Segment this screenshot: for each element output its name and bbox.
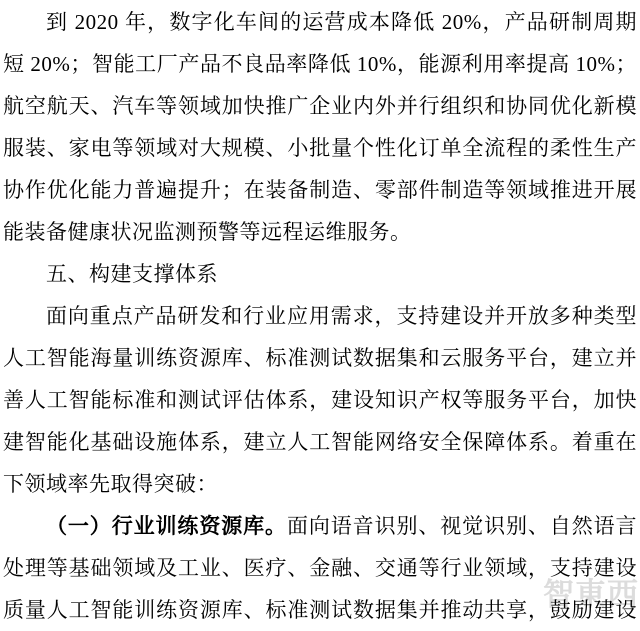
text-line: 能装备健康状况监测预警等远程运维服务。 bbox=[3, 211, 637, 253]
document-page: 智東西 到 2020 年，数字化车间的运营成本降低 20%，产品研制周期缩 短 … bbox=[0, 0, 640, 631]
text-line: 建智能化基础设施体系，建立人工智能网络安全保障体系。着重在以 bbox=[3, 421, 637, 463]
text-line: 到 2020 年，数字化车间的运营成本降低 20%，产品研制周期缩 bbox=[3, 1, 637, 43]
text-line: 善人工智能标准和测试评估体系，建设知识产权等服务平台，加快构 bbox=[3, 379, 637, 421]
text-line: 面向重点产品研发和行业应用需求，支持建设并开放多种类型的 bbox=[3, 295, 637, 337]
text-line: 人工智能海量训练资源库、标准测试数据集和云服务平台，建立并完 bbox=[3, 337, 637, 379]
section-heading: 五、构建支撑体系 bbox=[3, 253, 637, 295]
text-line: 服装、家电等领域对大规模、小批量个性化订单全流程的柔性生产与 bbox=[3, 127, 637, 169]
text-line: 处理等基础领域及工业、医疗、金融、交通等行业领域，支持建设高 bbox=[3, 547, 637, 589]
clause-body: 面向语音识别、视觉识别、自然语言 bbox=[287, 514, 637, 538]
text-line: 质量人工智能训练资源库、标准测试数据集并推动共享，鼓励建设提 bbox=[3, 589, 637, 631]
text-line: 短 20%；智能工厂产品不良品率降低 10%，能源利用率提高 10%； bbox=[3, 43, 637, 85]
text-line: 协作优化能力普遍提升；在装备制造、零部件制造等领域推进开展智 bbox=[3, 169, 637, 211]
document-text: 到 2020 年，数字化车间的运营成本降低 20%，产品研制周期缩 短 20%；… bbox=[0, 0, 640, 631]
text-line: （一）行业训练资源库。面向语音识别、视觉识别、自然语言 bbox=[3, 505, 637, 547]
text-line: 航空航天、汽车等领域加快推广企业内外并行组织和协同优化新模式 bbox=[3, 85, 637, 127]
text-line: 下领域率先取得突破： bbox=[3, 463, 637, 505]
clause-title: （一）行业训练资源库。 bbox=[46, 514, 287, 538]
